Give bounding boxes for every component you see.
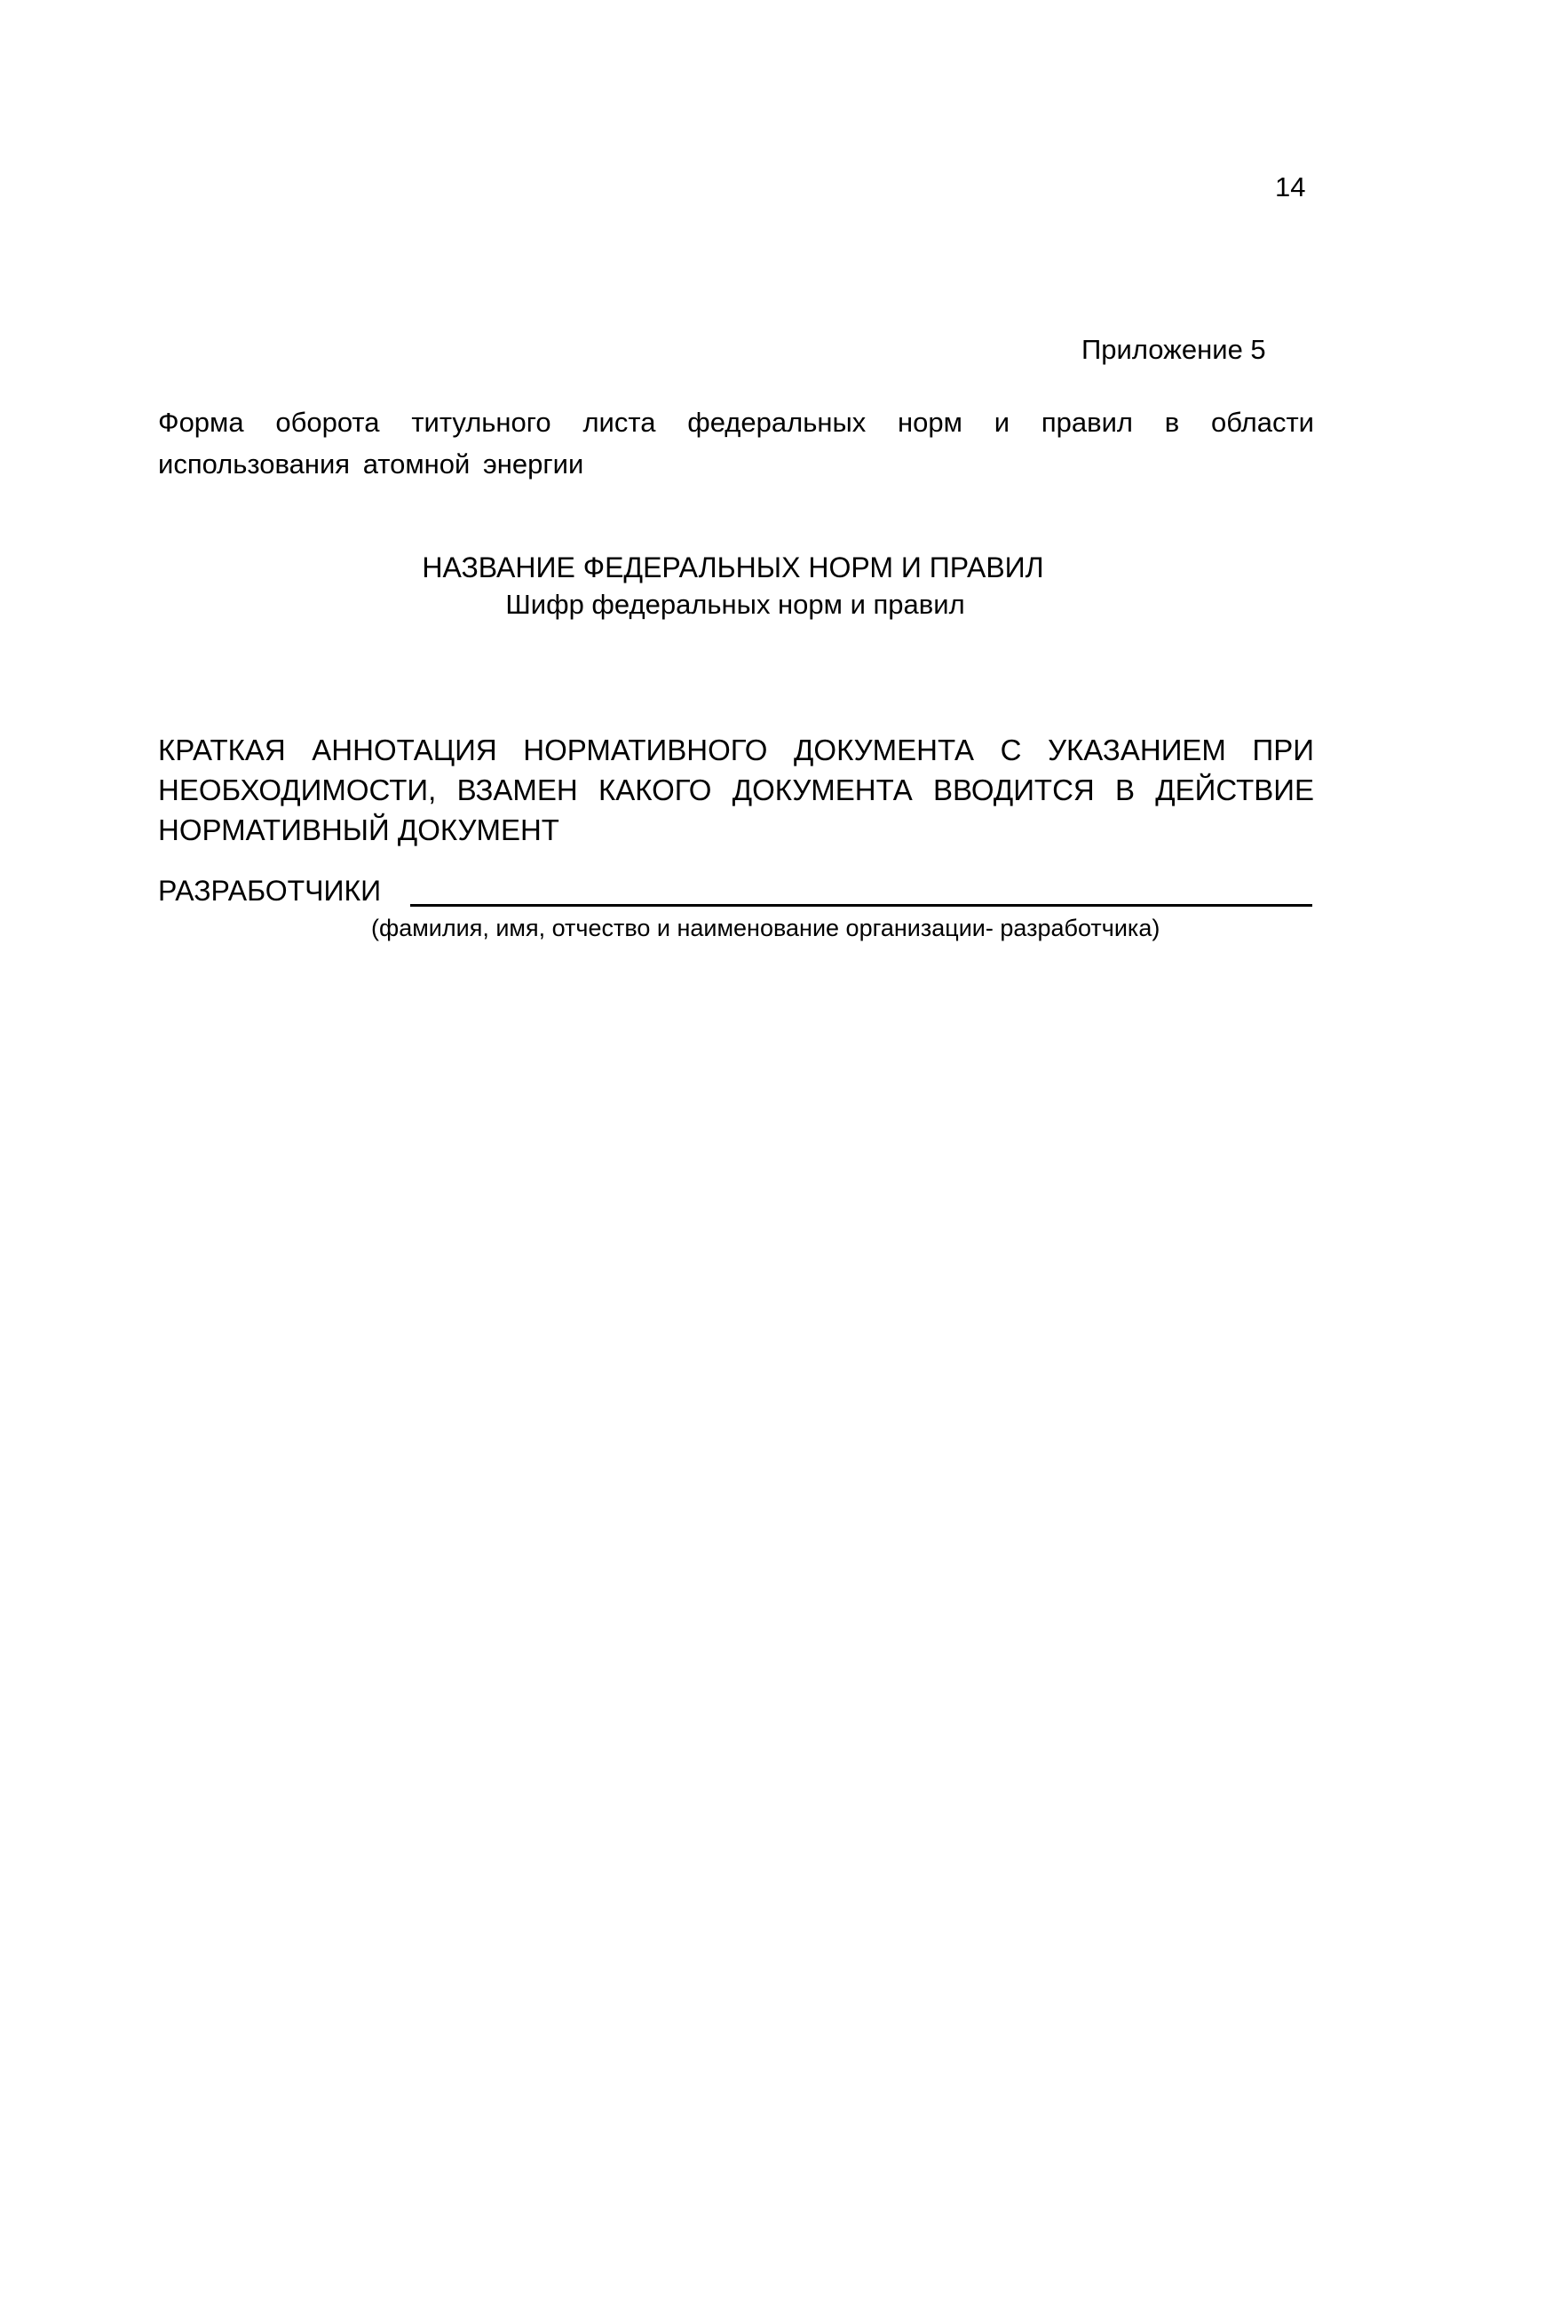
appendix-label: Приложение 5: [1081, 334, 1266, 366]
form-description-line: Форма оборота титульного листа федеральн…: [158, 401, 1314, 443]
developers-label: РАЗРАБОТЧИКИ: [158, 875, 381, 908]
developers-fill-line[interactable]: [410, 904, 1312, 907]
annotation-line: НОРМАТИВНЫЙ ДОКУМЕНТ: [158, 810, 1314, 850]
annotation-line: НЕОБХОДИМОСТИ, ВЗАМЕН КАКОГО ДОКУМЕНТА В…: [158, 770, 1314, 810]
annotation-block: КРАТКАЯ АННОТАЦИЯ НОРМАТИВНОГО ДОКУМЕНТА…: [158, 730, 1314, 850]
norms-code: Шифр федеральных норм и правил: [0, 586, 1568, 623]
title-block: НАЗВАНИЕ ФЕДЕРАЛЬНЫХ НОРМ И ПРАВИЛ Шифр …: [0, 549, 1568, 623]
annotation-line: КРАТКАЯ АННОТАЦИЯ НОРМАТИВНОГО ДОКУМЕНТА…: [158, 730, 1314, 770]
form-description: Форма оборота титульного листа федеральн…: [158, 401, 1314, 485]
norms-title: НАЗВАНИЕ ФЕДЕРАЛЬНЫХ НОРМ И ПРАВИЛ: [0, 549, 1568, 586]
form-description-line: использования атомной энергии: [158, 443, 1314, 485]
page-number: 14: [1275, 171, 1305, 203]
developers-caption: (фамилия, имя, отчество и наименование о…: [371, 915, 1160, 942]
